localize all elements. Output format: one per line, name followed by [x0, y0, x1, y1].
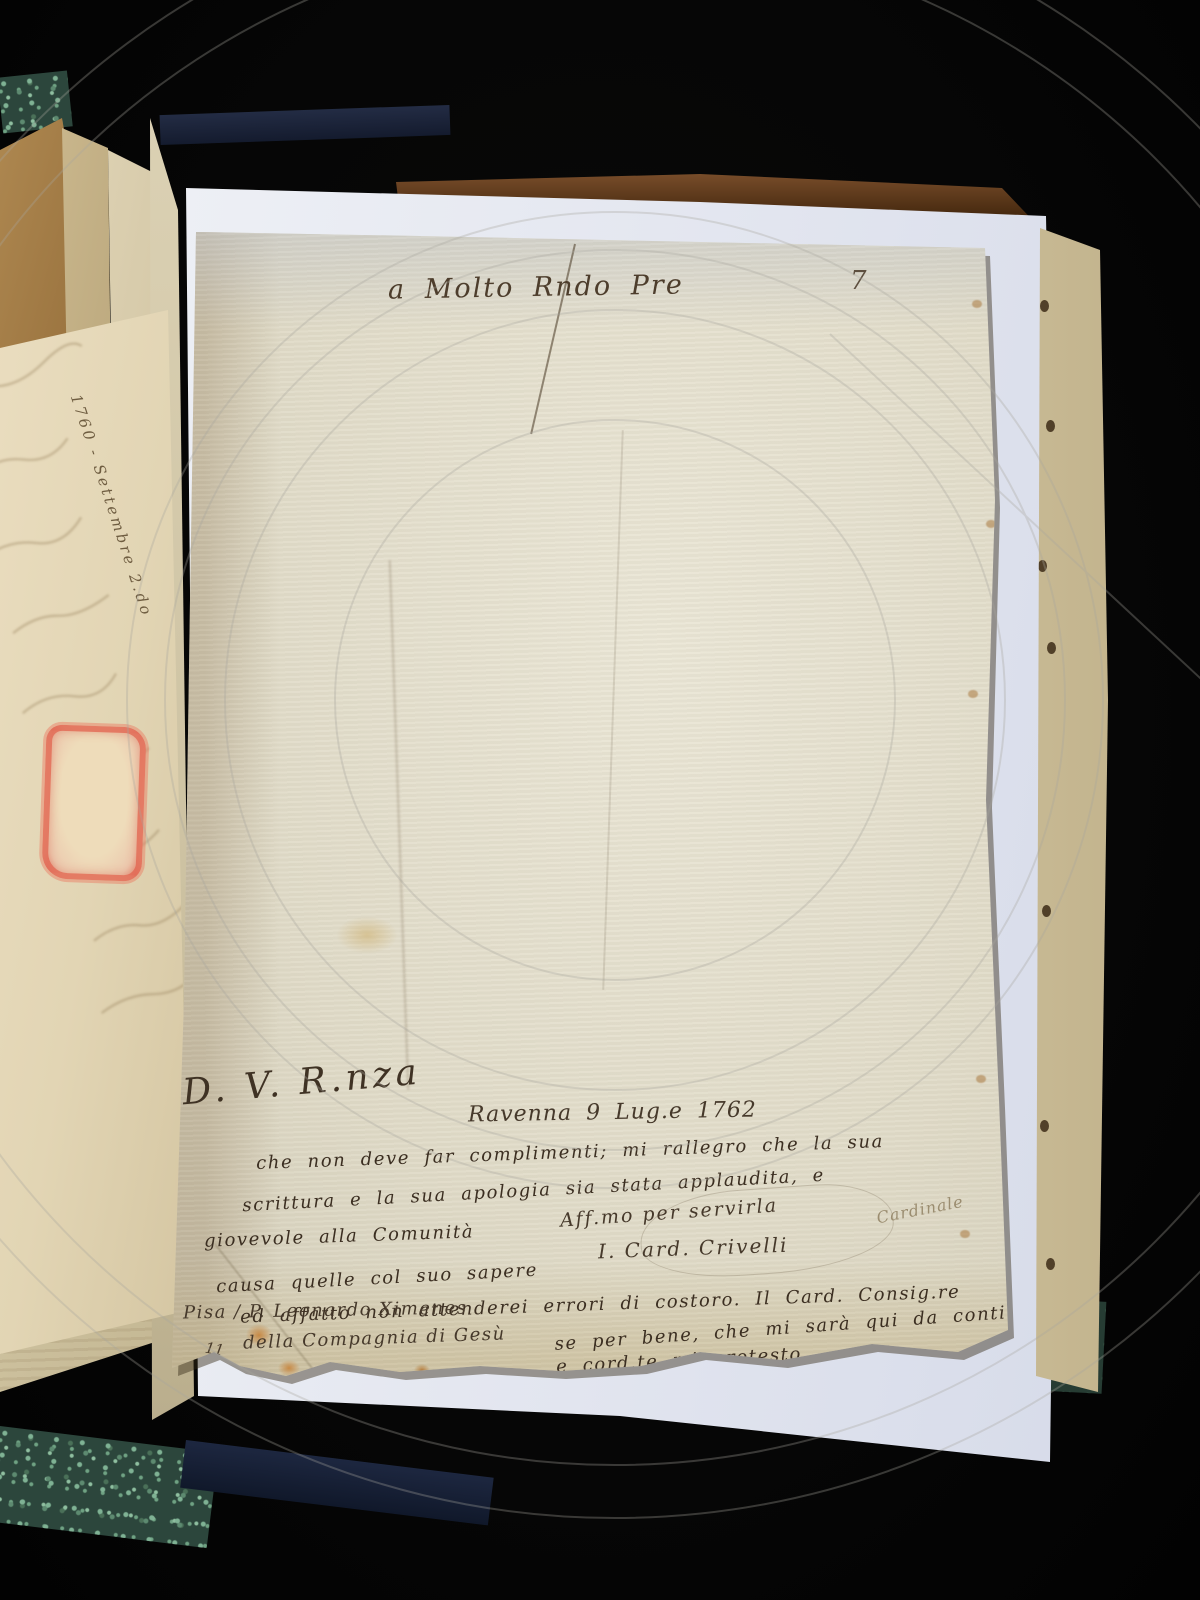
body-line: desiderando occasioni d'impiegarmi in su… — [223, 0, 895, 24]
foxing-speck — [1042, 905, 1051, 917]
binding-edge-top — [160, 105, 451, 145]
stain — [336, 916, 398, 954]
body-line: Rendo distinte grazie a V.S. dell'attenz… — [223, 0, 963, 24]
body-line: nella difesa de' diritti di questa Provi… — [223, 0, 858, 24]
wax-seal-residue — [41, 724, 146, 881]
body-line: della sua attenzione verso di me bastevo… — [223, 0, 849, 24]
body-line: doveva non pertanto dispensarsi di venir… — [223, 0, 867, 24]
body-line: trovava di quel tempo in Mantova, sì per… — [223, 0, 893, 24]
body-line: ordini della Imperiale Reggenza dovesse … — [223, 0, 872, 24]
binding-edge-bottom — [180, 1440, 494, 1525]
body-line: è stata da lei assistita con ragioni val… — [223, 0, 844, 24]
foxing-dot — [972, 300, 982, 308]
archival-photo: 1760 - Settembre 2.do a Molto Rndo Pre — [0, 0, 1200, 1600]
foxing-speck — [1038, 560, 1047, 572]
foxing-dot — [960, 1230, 970, 1238]
folio-number: 7 — [850, 266, 867, 296]
foxing-speck — [1047, 642, 1056, 654]
foxing-speck — [1046, 420, 1055, 432]
body-line: sì perché la sua venuta sarebbe stata in… — [223, 0, 873, 24]
body-line: dal Sig.re copiose benedizioni. — [223, 0, 558, 24]
body-line: nella replica, che dovrà fare alle rispo… — [223, 0, 841, 24]
body-line: bo credere che con uguale zelo sarà Ella… — [223, 0, 834, 24]
body-line: anche che non si fosse trovata in tali a… — [223, 0, 849, 24]
foxing-speck — [1046, 1258, 1055, 1270]
body-line: mente a Firenze, ove godo arrivasse feli… — [223, 0, 874, 24]
foxing-dot — [976, 1075, 986, 1083]
foxing-speck — [1040, 1120, 1049, 1132]
dateline: Ravenna 9 Lug.e 1762 — [468, 1097, 757, 1127]
salutation: a Molto Rndo Pre — [388, 269, 684, 305]
foxing-speck — [1040, 300, 1049, 312]
body-line: e Ferraresi. Io sono appieno persuaso ch… — [223, 0, 902, 24]
foxing-dot — [968, 690, 978, 698]
